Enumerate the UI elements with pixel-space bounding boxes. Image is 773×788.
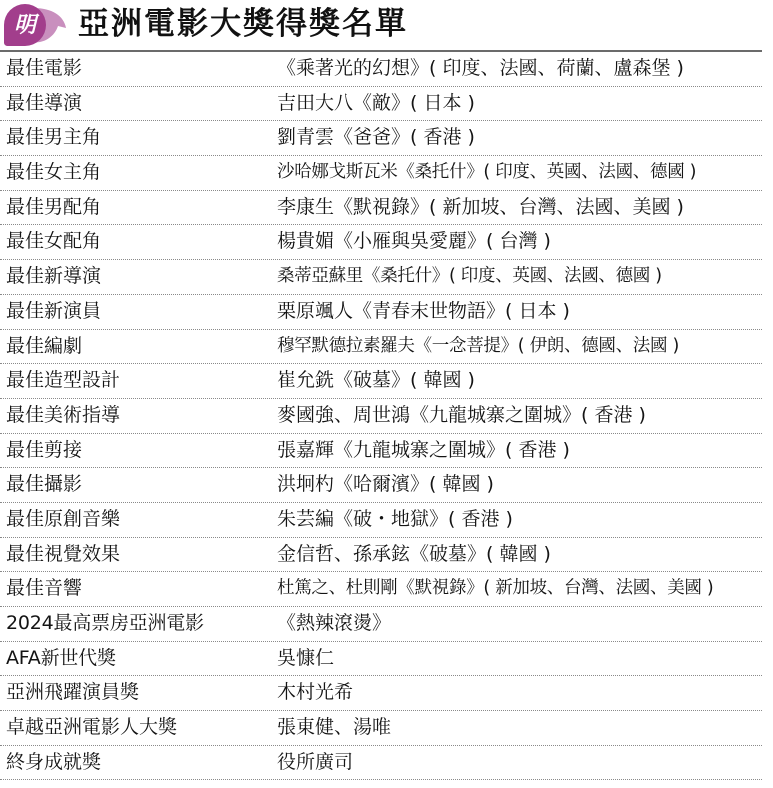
award-winner: 金信哲、孫承鉉《破墓》( 韓國 ) (277, 538, 551, 571)
award-winner: 杜篤之、杜則剛《默視錄》( 新加坡、台灣、法國、美國 ) (277, 572, 713, 605)
award-category: 最佳男配角 (6, 191, 101, 224)
award-winner: 朱芸編《破・地獄》( 香港 ) (277, 503, 513, 536)
award-winner: 《熱辣滾燙》 (277, 607, 391, 640)
award-category: 最佳新演員 (6, 295, 101, 328)
award-row: 最佳女主角 沙哈娜戈斯瓦米《桑托什》( 印度、英國、法國、德國 ) (0, 156, 762, 191)
award-category: 最佳新導演 (6, 260, 101, 293)
award-row: 最佳攝影 洪坰杓《哈爾濱》( 韓國 ) (0, 468, 762, 503)
award-category: 最佳女配角 (6, 225, 101, 258)
award-row: 最佳編劇 穆罕默德拉素羅夫《一念菩提》( 伊朗、德國、法國 ) (0, 330, 762, 365)
award-category: 2024最高票房亞洲電影 (6, 607, 204, 640)
award-row: 最佳電影 《乘著光的幻想》( 印度、法國、荷蘭、盧森堡 ) (0, 52, 762, 87)
award-category: 最佳女主角 (6, 156, 101, 189)
award-category: 最佳美術指導 (6, 399, 120, 432)
award-row: 終身成就獎 役所廣司 (0, 746, 762, 781)
award-row: 最佳剪接 張嘉輝《九龍城寨之圍城》( 香港 ) (0, 434, 762, 469)
award-category: AFA新世代獎 (6, 642, 116, 675)
award-row: 最佳女配角 楊貴媚《小雁與吳愛麗》( 台灣 ) (0, 225, 762, 260)
award-winner: 劉青雲《爸爸》( 香港 ) (277, 121, 475, 154)
award-row: AFA新世代獎 吳慷仁 (0, 642, 762, 677)
award-winner: 張東健、湯唯 (277, 711, 391, 744)
award-category: 最佳電影 (6, 52, 82, 85)
award-winner: 穆罕默德拉素羅夫《一念菩提》( 伊朗、德國、法國 ) (277, 330, 679, 363)
award-winner: 沙哈娜戈斯瓦米《桑托什》( 印度、英國、法國、德國 ) (277, 156, 696, 189)
award-category: 最佳編劇 (6, 330, 82, 363)
award-winner: 《乘著光的幻想》( 印度、法國、荷蘭、盧森堡 ) (277, 52, 684, 85)
awards-table: 最佳電影 《乘著光的幻想》( 印度、法國、荷蘭、盧森堡 ) 最佳導演 吉田大八《… (0, 52, 762, 780)
award-winner: 桑蒂亞蘇里《桑托什》( 印度、英國、法國、德國 ) (277, 260, 662, 293)
award-winner: 役所廣司 (277, 746, 353, 779)
award-winner: 崔允銑《破墓》( 韓國 ) (277, 364, 475, 397)
award-row: 最佳美術指導 麥國強、周世鴻《九龍城寨之圍城》( 香港 ) (0, 399, 762, 434)
award-row: 最佳造型設計 崔允銑《破墓》( 韓國 ) (0, 364, 762, 399)
award-winner: 栗原颯人《青春末世物語》( 日本 ) (277, 295, 570, 328)
award-category: 最佳男主角 (6, 121, 101, 154)
award-category: 終身成就獎 (6, 746, 101, 779)
award-winner: 吉田大八《敵》( 日本 ) (277, 87, 475, 120)
header: 明 亞洲電影大獎得獎名單 (0, 0, 773, 50)
page-title: 亞洲電影大獎得獎名單 (78, 3, 408, 45)
award-winner: 木村光希 (277, 676, 353, 709)
award-category: 最佳音響 (6, 572, 82, 605)
award-row: 最佳原創音樂 朱芸編《破・地獄》( 香港 ) (0, 503, 762, 538)
award-row: 2024最高票房亞洲電影 《熱辣滾燙》 (0, 607, 762, 642)
award-row: 最佳男主角 劉青雲《爸爸》( 香港 ) (0, 121, 762, 156)
award-winner: 麥國強、周世鴻《九龍城寨之圍城》( 香港 ) (277, 399, 646, 432)
award-winner: 洪坰杓《哈爾濱》( 韓國 ) (277, 468, 494, 501)
award-category: 最佳剪接 (6, 434, 82, 467)
award-row: 最佳男配角 李康生《默視錄》( 新加坡、台灣、法國、美國 ) (0, 191, 762, 226)
award-row: 最佳新導演 桑蒂亞蘇里《桑托什》( 印度、英國、法國、德國 ) (0, 260, 762, 295)
award-category: 亞洲飛躍演員獎 (6, 676, 139, 709)
award-row: 最佳導演 吉田大八《敵》( 日本 ) (0, 87, 762, 122)
award-row: 最佳視覺效果 金信哲、孫承鉉《破墓》( 韓國 ) (0, 538, 762, 573)
award-winner: 吳慷仁 (277, 642, 334, 675)
award-row: 最佳音響 杜篤之、杜則剛《默視錄》( 新加坡、台灣、法國、美國 ) (0, 572, 762, 607)
award-row: 卓越亞洲電影人大獎 張東健、湯唯 (0, 711, 762, 746)
award-category: 最佳視覺效果 (6, 538, 120, 571)
award-category: 最佳導演 (6, 87, 82, 120)
award-category: 最佳造型設計 (6, 364, 120, 397)
award-category: 卓越亞洲電影人大獎 (6, 711, 177, 744)
award-winner: 李康生《默視錄》( 新加坡、台灣、法國、美國 ) (277, 191, 684, 224)
award-row: 亞洲飛躍演員獎 木村光希 (0, 676, 762, 711)
award-category: 最佳攝影 (6, 468, 82, 501)
logo-glyph: 明 (4, 4, 46, 46)
award-winner: 張嘉輝《九龍城寨之圍城》( 香港 ) (277, 434, 570, 467)
award-row: 最佳新演員 栗原颯人《青春末世物語》( 日本 ) (0, 295, 762, 330)
ming-pao-logo: 明 (4, 4, 70, 46)
award-category: 最佳原創音樂 (6, 503, 120, 536)
award-winner: 楊貴媚《小雁與吳愛麗》( 台灣 ) (277, 225, 551, 258)
